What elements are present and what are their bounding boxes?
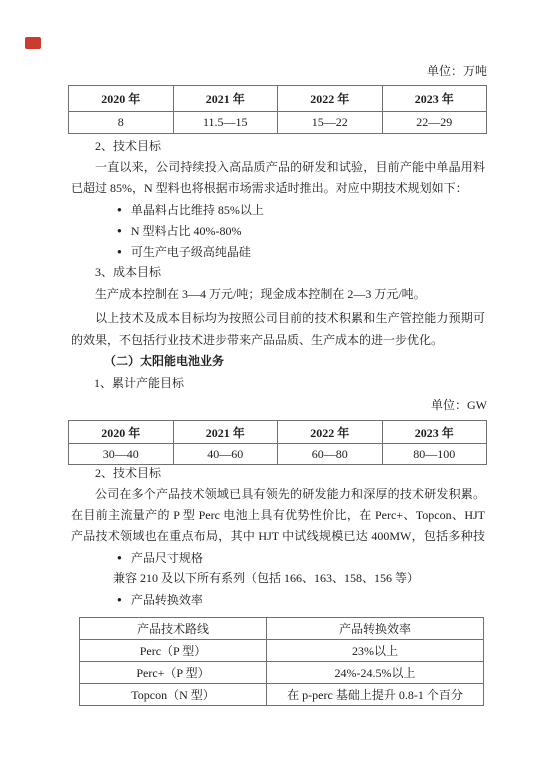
year-header: 2021 年 [173,86,278,112]
table-value-row: 8 11.5—15 15—22 22—29 [69,112,487,134]
red-annotation-marker [25,37,41,49]
silicon-tech-paragraph-line1: 一直以来，公司持续投入高品质产品的研发和试验，目前产能中单晶用料占比 [95,160,485,175]
unit-label-gw: 单位：GW [287,398,487,413]
bullet-item: ●产品转换效率 [117,592,203,608]
tech-route-cell: Perc+（P 型） [80,662,267,684]
capacity-value: 15—22 [278,112,383,134]
efficiency-table-header: 产品转换效率 [267,618,484,640]
solar-tech-paragraph-line3: 产品技术领域也在重点布局，其中 HJT 中试线规模已达 400MW，包括多种技术… [71,529,485,544]
document-page: 单位：万吨 2020 年 2021 年 2022 年 2023 年 8 11.5… [0,0,554,783]
efficiency-cell: 23%以上 [267,640,484,662]
year-header: 2023 年 [382,86,487,112]
bullet-icon: ● [117,226,122,235]
size-compatibility-note: 兼容 210 及以下所有系列（包括 166、163、158、156 等） [113,571,419,586]
capacity-value: 8 [69,112,174,134]
year-header: 2021 年 [173,421,278,444]
capacity-value: 11.5—15 [173,112,278,134]
table-row: Perc（P 型） 23%以上 [80,640,484,662]
capacity-value: 30—40 [69,444,174,465]
solar-capacity-heading: 1、累计产能目标 [94,376,184,391]
silicon-tech-goal-heading: 2、技术目标 [95,139,161,154]
year-header: 2020 年 [69,86,174,112]
bullet-icon: ● [117,247,122,256]
bullet-icon: ● [117,553,122,562]
bullet-item: ●单晶料占比维持 85%以上 [117,202,264,218]
bullet-icon: ● [117,595,122,604]
solar-capacity-table: 2020 年 2021 年 2022 年 2023 年 30—40 40—60 … [68,420,487,465]
silicon-tech-paragraph-line2: 已超过 85%，N 型料也将根据市场需求适时推出。对应中期技术规划如下： [71,181,468,196]
bullet-item: ●可生产电子级高纯晶硅 [117,244,251,260]
capacity-value: 80—100 [382,444,487,465]
table-header-row: 产品技术路线 产品转换效率 [80,618,484,640]
capacity-value: 40—60 [173,444,278,465]
table-row: Topcon（N 型） 在 p-perc 基础上提升 0.8-1 个百分 [80,684,484,706]
unit-label-tons: 单位：万吨 [287,64,487,79]
year-header: 2022 年 [278,421,383,444]
table-header-row: 2020 年 2021 年 2022 年 2023 年 [69,86,487,112]
cost-paragraph: 生产成本控制在 3—4 万元/吨；现金成本控制在 2—3 万元/吨。 [95,287,426,302]
year-header: 2020 年 [69,421,174,444]
cost-goal-heading: 3、成本目标 [95,265,161,280]
bullet-text: 产品尺寸规格 [131,551,203,565]
bullet-text: N 型料占比 40%-80% [131,224,242,238]
bullet-icon: ● [117,205,122,214]
efficiency-cell: 在 p-perc 基础上提升 0.8-1 个百分 [267,684,484,706]
year-header: 2023 年 [382,421,487,444]
capacity-value: 22—29 [382,112,487,134]
tech-route-cell: Topcon（N 型） [80,684,267,706]
efficiency-table-header: 产品技术路线 [80,618,267,640]
solar-tech-paragraph-line2: 在目前主流量产的 P 型 Perc 电池上具有优势性价比，在 Perc+、Top… [71,508,485,523]
tech-route-cell: Perc（P 型） [80,640,267,662]
solar-section-heading: （二）太阳能电池业务 [104,354,224,369]
summary-line1: 以上技术及成本目标均为按照公司目前的技术积累和生产管控能力预期可达到 [95,311,485,326]
table-value-row: 30—40 40—60 60—80 80—100 [69,444,487,465]
bullet-item: ●产品尺寸规格 [117,550,203,566]
year-header: 2022 年 [278,86,383,112]
summary-line2: 的效果，不包括行业技术进步带来产品品质、生产成本的进一步优化。 [71,333,443,348]
bullet-text: 可生产电子级高纯晶硅 [131,245,251,259]
table-row: Perc+（P 型） 24%-24.5%以上 [80,662,484,684]
silicon-capacity-table: 2020 年 2021 年 2022 年 2023 年 8 11.5—15 15… [68,85,487,134]
efficiency-cell: 24%-24.5%以上 [267,662,484,684]
efficiency-table: 产品技术路线 产品转换效率 Perc（P 型） 23%以上 Perc+（P 型）… [79,617,484,706]
solar-tech-goal-heading: 2、技术目标 [95,466,161,481]
capacity-value: 60—80 [278,444,383,465]
bullet-item: ●N 型料占比 40%-80% [117,223,242,239]
solar-tech-paragraph-line1: 公司在多个产品技术领域已具有领先的研发能力和深厚的技术研发积累。不仅 [95,487,485,502]
bullet-text: 单晶料占比维持 85%以上 [131,203,264,217]
table-header-row: 2020 年 2021 年 2022 年 2023 年 [69,421,487,444]
bullet-text: 产品转换效率 [131,593,203,607]
